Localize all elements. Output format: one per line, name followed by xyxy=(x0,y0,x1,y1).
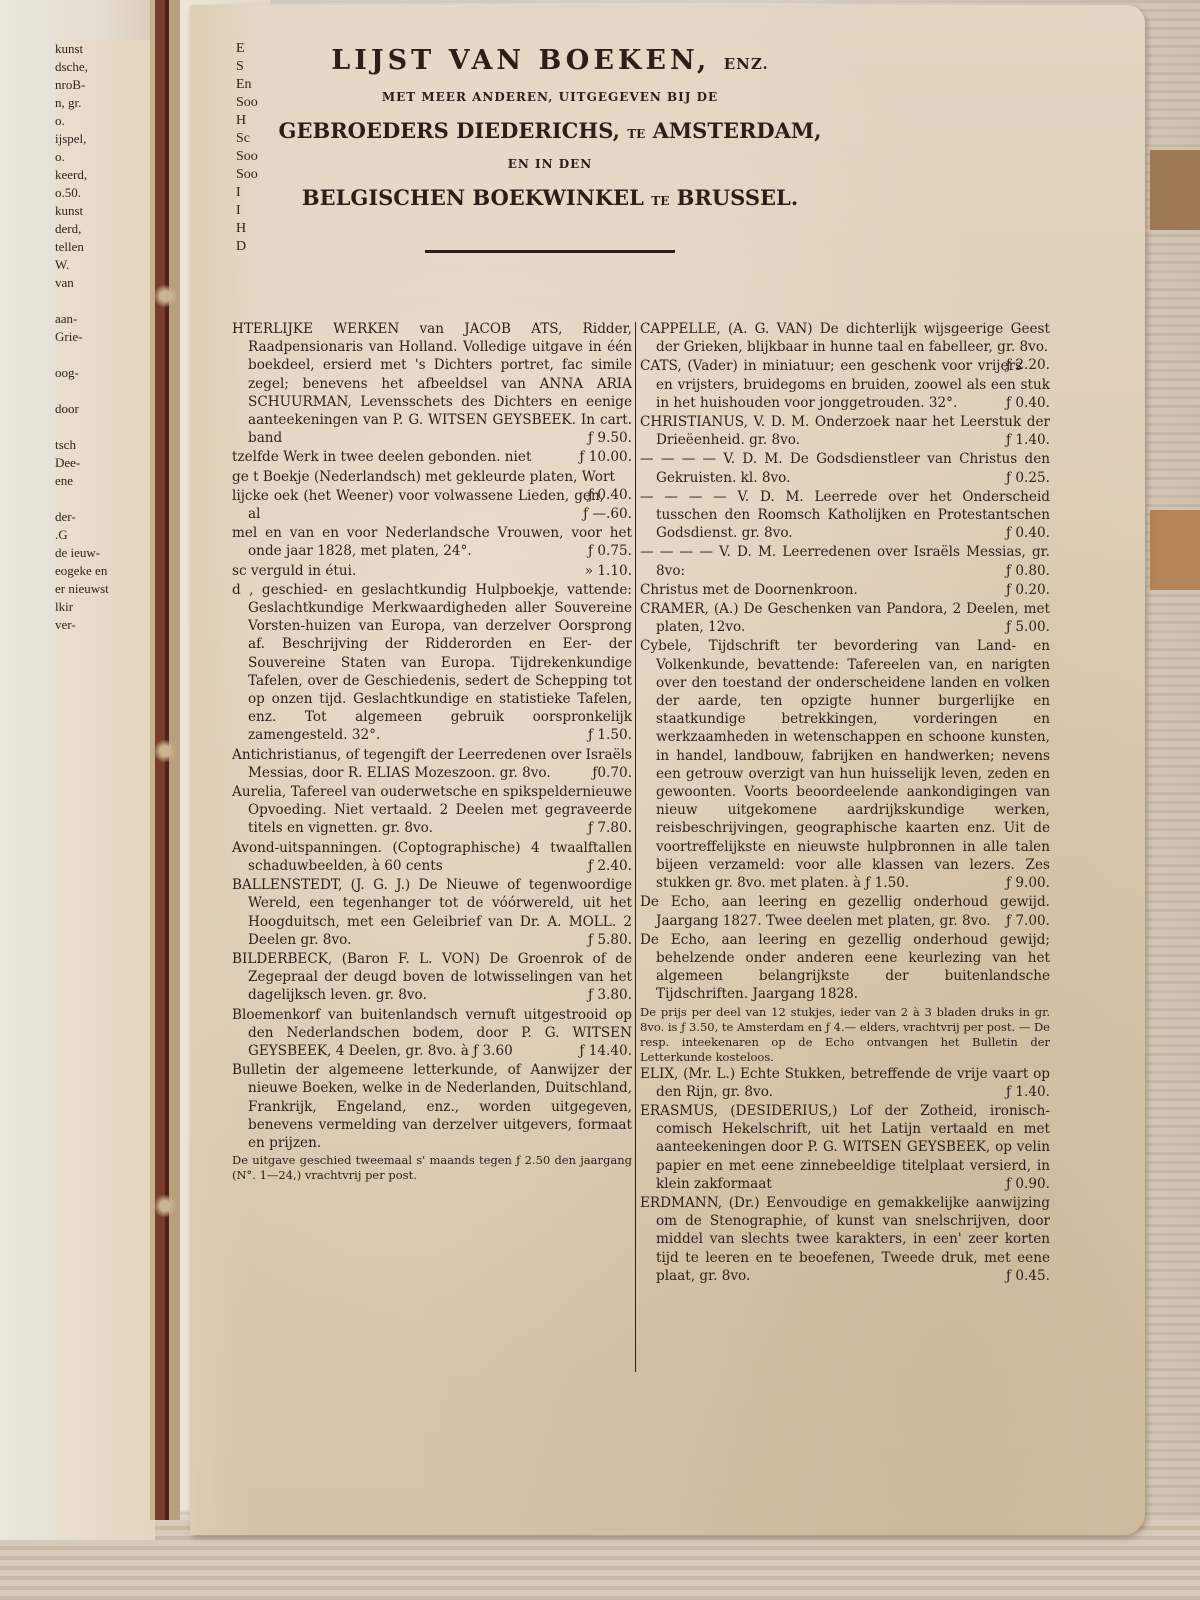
entry-text: Aurelia, Tafereel van ouderwetsche en sp… xyxy=(232,784,632,836)
entry-price: ƒ 1.40. xyxy=(1022,431,1050,449)
leaf-fragment: dsche, xyxy=(55,58,155,76)
entry-text: Cybele, Tijdschrift ter bevordering van … xyxy=(640,638,1050,891)
leaf-fragment: n, gr. xyxy=(55,94,155,112)
entry-price: ƒ 0.40. xyxy=(604,486,632,504)
catalog-entry: BALLENSTEDT, (J. G. J.) De Nieuwe of teg… xyxy=(232,876,632,949)
entry-text: ge t Boekje (Nederlandsch) met gekleurde… xyxy=(232,469,615,485)
entry-price: ƒ 5.80. xyxy=(604,931,632,949)
catalog-entry: Avond-uitspanningen. (Coptographische) 4… xyxy=(232,839,632,875)
entry-text: CRAMER, (A.) De Geschenken van Pandora, … xyxy=(640,601,1050,635)
leaf-fragment: er nieuwst xyxy=(55,580,155,598)
entry-price: ƒ 2.20. xyxy=(1022,356,1050,374)
entry-text: HTERLIJKE WERKEN van JACOB ATS, Ridder, … xyxy=(232,321,632,446)
leaf-fragment: derd, xyxy=(55,220,155,238)
entry-price: ƒ —.60. xyxy=(599,505,632,523)
catalog-entry: CHRISTIANUS, V. D. M. Onderzoek naar het… xyxy=(640,413,1050,449)
leaf-fragment: Grie- xyxy=(55,328,155,346)
catalog-entry: — — — — V. D. M. De Godsdienstleer van C… xyxy=(640,450,1050,486)
left-column: HTERLIJKE WERKEN van JACOB ATS, Ridder, … xyxy=(232,320,632,1183)
entry-text: Avond-uitspanningen. (Coptographische) 4… xyxy=(232,840,632,874)
table-plank xyxy=(1150,150,1200,230)
catalog-entry: ERASMUS, (DESIDERIUS,) Lof der Zotheid, … xyxy=(640,1102,1050,1193)
leaf-fragment: Dee- xyxy=(55,454,155,472)
binding-thread xyxy=(152,1195,178,1217)
entry-text: De Echo, aan leering en gezellig onderho… xyxy=(640,932,1050,1003)
entry-price: ƒ 0.80. xyxy=(1022,562,1050,580)
entry-price: ƒ 9.00. xyxy=(1022,874,1050,892)
catalog-entry: De Echo, aan leering en gezellig onderho… xyxy=(640,931,1050,1004)
entry-price: ƒ 0.45. xyxy=(1022,1267,1050,1285)
entry-price: ƒ 14.40. xyxy=(595,1042,632,1060)
entry-price: » 1.10. xyxy=(601,562,632,580)
entry-price: ƒ 2.40. xyxy=(604,857,632,875)
leaf-fragment: o.50. xyxy=(55,184,155,202)
leaf-fragment: door xyxy=(55,400,155,418)
leaf-fragment: nroB- xyxy=(55,76,155,94)
entry-text: ERDMANN, (Dr.) Eenvoudige en gemakkelijk… xyxy=(640,1195,1050,1284)
entry-price: ƒ0.70. xyxy=(608,764,632,782)
entry-text: mel en van en voor Nederlandsche Vrouwen… xyxy=(232,525,632,559)
entry-text: ELIX, (Mr. L.) Echte Stukken, betreffend… xyxy=(640,1066,1050,1100)
entry-price: ƒ 0.90. xyxy=(1022,1175,1050,1193)
catalog-note: De uitgave geschied tweemaal s' maands t… xyxy=(232,1153,632,1183)
entry-text: Bulletin der algemeene letterkunde, of A… xyxy=(232,1062,632,1151)
leaf-fragment: van xyxy=(55,274,155,292)
entry-text: Antichristianus, of tegengift der Leerre… xyxy=(232,747,632,781)
leaf-fragment: tsch xyxy=(55,436,155,454)
leaf-fragment: o. xyxy=(55,148,155,166)
entry-text: CHRISTIANUS, V. D. M. Onderzoek naar het… xyxy=(640,414,1050,448)
entry-price: ƒ 0.25. xyxy=(1022,469,1050,487)
catalog-entry: Bulletin der algemeene letterkunde, of A… xyxy=(232,1061,632,1152)
catalog-entry: Christus met de Doornenkroon.ƒ 0.20. xyxy=(640,581,1050,599)
catalog-entry: ERDMANN, (Dr.) Eenvoudige en gemakkelijk… xyxy=(640,1194,1050,1285)
publisher-line: GEBROEDERS DIEDERICHS, TE AMSTERDAM, xyxy=(160,118,940,143)
catalog-entry: ge t Boekje (Nederlandsch) met gekleurde… xyxy=(232,468,632,486)
catalog-entry: ELIX, (Mr. L.) Echte Stukken, betreffend… xyxy=(640,1065,1050,1101)
entry-text: Bloemenkorf van buitenlandsch vernuft ui… xyxy=(232,1007,632,1059)
previous-leaf-text-fragments: kunstdsche,nroB-n, gr.o.ijspel,o.keerd,o… xyxy=(55,40,155,1540)
leaf-fragment: o. xyxy=(55,112,155,130)
catalog-entry: — — — — V. D. M. Leerrede over het Onder… xyxy=(640,488,1050,543)
catalog-title: LIJST VAN BOEKEN, ENZ. xyxy=(160,45,940,76)
catalog-entry: Aurelia, Tafereel van ouderwetsche en sp… xyxy=(232,783,632,838)
binding-thread xyxy=(152,285,178,307)
entry-text: sc verguld in étui. xyxy=(232,563,356,579)
entry-price: ƒ 0.75. xyxy=(604,542,632,560)
entry-text: BILDERBECK, (Baron F. L. VON) De Groenro… xyxy=(232,951,632,1003)
column-divider xyxy=(635,322,636,1372)
entry-text: De Echo, aan leering en gezellig onderho… xyxy=(640,894,1050,928)
entry-price: ƒ 10.00. xyxy=(595,448,632,466)
catalog-entry: CAPPELLE, (A. G. VAN) De dichterlijk wij… xyxy=(640,320,1050,356)
entry-text: — — — — V. D. M. Leerredenen over Israël… xyxy=(640,544,1050,578)
entry-price: ƒ 0.40. xyxy=(1022,524,1050,542)
catalog-entry: tzelfde Werk in twee deelen gebonden. ni… xyxy=(232,448,632,466)
entry-text: lijcke oek (het Weener) voor volwassene … xyxy=(232,488,604,522)
catalog-entry: Antichristianus, of tegengift der Leerre… xyxy=(232,746,632,782)
catalog-subtitle: MET MEER ANDEREN, UITGEGEVEN BIJ DE xyxy=(160,90,940,104)
entry-text: ERASMUS, (DESIDERIUS,) Lof der Zotheid, … xyxy=(640,1103,1050,1192)
entry-text: — — — — V. D. M. Leerrede over het Onder… xyxy=(640,489,1050,541)
catalog-entry: sc verguld in étui.» 1.10. xyxy=(232,562,632,580)
catalog-entry: CATS, (Vader) in miniatuur; een geschenk… xyxy=(640,357,1050,412)
entry-text: CAPPELLE, (A. G. VAN) De dichterlijk wij… xyxy=(640,321,1050,355)
catalog-note: De prijs per deel van 12 stukjes, ieder … xyxy=(640,1005,1050,1065)
bookshop-line: BELGISCHEN BOEKWINKEL TE BRUSSEL. xyxy=(160,185,940,210)
leaf-fragment: der- xyxy=(55,508,155,526)
leaf-fragment: aan- xyxy=(55,310,155,328)
binding-thread xyxy=(152,740,178,762)
table-plank xyxy=(1150,510,1200,590)
catalog-entry: De Echo, aan leering en gezellig onderho… xyxy=(640,893,1050,929)
leaf-fragment: ijspel, xyxy=(55,130,155,148)
catalog-entry: d , geschied- en geslachtkundig Hulpboek… xyxy=(232,581,632,745)
entry-price: ƒ 0.20. xyxy=(1022,581,1050,599)
leaf-fragment: eogeke en xyxy=(55,562,155,580)
connector-line: EN IN DEN xyxy=(160,157,940,171)
entry-text: BALLENSTEDT, (J. G. J.) De Nieuwe of teg… xyxy=(232,877,632,948)
catalog-entry: BILDERBECK, (Baron F. L. VON) De Groenro… xyxy=(232,950,632,1005)
entry-price: ƒ 5.00. xyxy=(1022,618,1050,636)
entry-price: ƒ 7.00. xyxy=(1022,912,1050,930)
catalog-entry: CRAMER, (A.) De Geschenken van Pandora, … xyxy=(640,600,1050,636)
catalog-entry: Cybele, Tijdschrift ter bevordering van … xyxy=(640,637,1050,892)
leaf-fragment: W. xyxy=(55,256,155,274)
masthead: LIJST VAN BOEKEN, ENZ. MET MEER ANDEREN,… xyxy=(160,45,940,253)
entry-text: Christus met de Doornenkroon. xyxy=(640,582,858,598)
title-rule xyxy=(425,250,675,253)
entry-text: — — — — V. D. M. De Godsdienstleer van C… xyxy=(640,451,1050,485)
catalog-entry: lijcke oek (het Weener) voor volwassene … xyxy=(232,487,632,523)
catalog-entry: Bloemenkorf van buitenlandsch vernuft ui… xyxy=(232,1006,632,1061)
leaf-fragment: oog- xyxy=(55,364,155,382)
leaf-fragment: .G xyxy=(55,526,155,544)
leaf-fragment: lkir xyxy=(55,598,155,616)
entry-price: ƒ 7.80. xyxy=(604,819,632,837)
leaf-fragment: kunst xyxy=(55,40,155,58)
entry-text: tzelfde Werk in twee deelen gebonden. ni… xyxy=(232,449,531,465)
entry-price: ƒ 3.80. xyxy=(604,986,632,1004)
leaf-fragment: ver- xyxy=(55,616,155,634)
entry-price: ƒ 1.50. xyxy=(604,726,632,744)
leaf-fragment: ene xyxy=(55,472,155,490)
entry-price: ƒ 9.50. xyxy=(604,429,632,447)
entry-price: ƒ 0.40. xyxy=(1022,394,1050,412)
catalog-entry: HTERLIJKE WERKEN van JACOB ATS, Ridder, … xyxy=(232,320,632,447)
leaf-fragment: keerd, xyxy=(55,166,155,184)
leaf-fragment: kunst xyxy=(55,202,155,220)
catalog-entry: mel en van en voor Nederlandsche Vrouwen… xyxy=(232,524,632,560)
entry-price: ƒ 1.40. xyxy=(1022,1083,1050,1101)
catalog-entry: — — — — V. D. M. Leerredenen over Israël… xyxy=(640,543,1050,579)
entry-text: d , geschied- en geslachtkundig Hulpboek… xyxy=(232,582,632,744)
leaf-fragment: tellen xyxy=(55,238,155,256)
leaf-fragment: de ieuw- xyxy=(55,544,155,562)
entry-text: CATS, (Vader) in miniatuur; een geschenk… xyxy=(640,358,1050,410)
right-column: CAPPELLE, (A. G. VAN) De dichterlijk wij… xyxy=(640,320,1050,1286)
